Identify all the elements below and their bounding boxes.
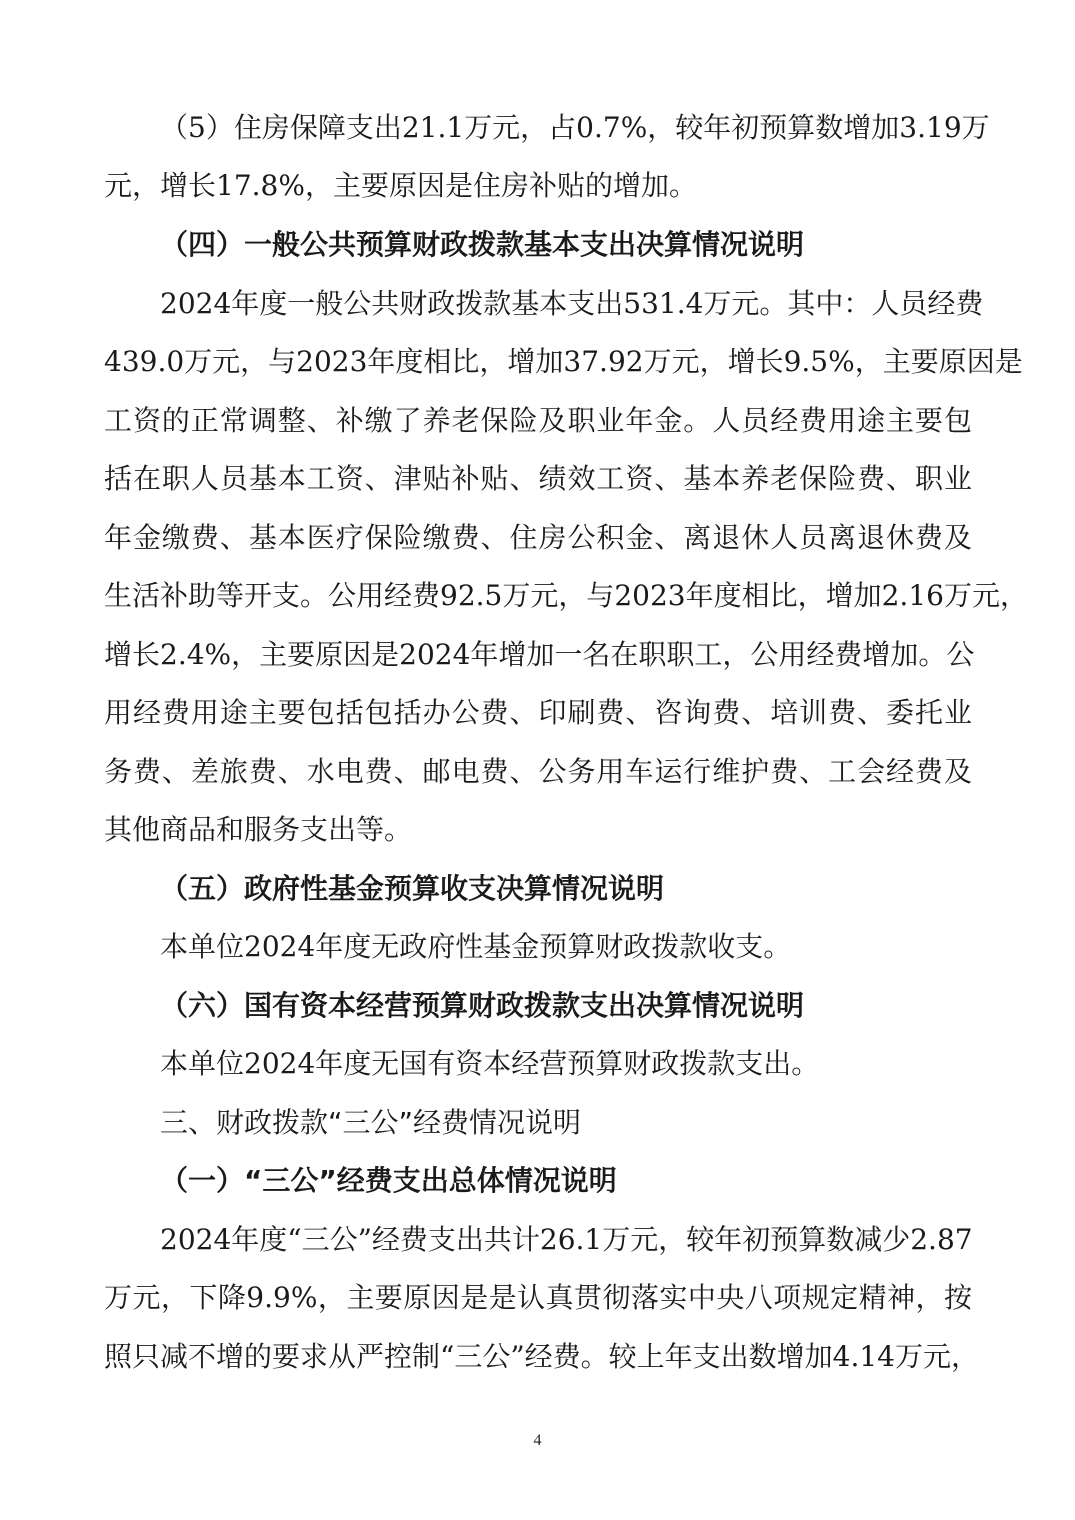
paragraph-basic-expenditure-line-6: 生活补助等开支。公用经费92.5万元，与2023年度相比，增加2.16万元， bbox=[104, 576, 972, 616]
paragraph-government-fund-budget: 本单位2024年度无政府性基金预算财政拨款收支。 bbox=[160, 927, 791, 967]
paragraph-three-public-line-1: 2024年度“三公”经费支出共计26.1万元，较年初预算数减少2.87 bbox=[160, 1220, 972, 1260]
paragraph-state-capital-budget: 本单位2024年度无国有资本经营预算财政拨款支出。 bbox=[160, 1044, 819, 1084]
paragraph-basic-expenditure-line-3: 工资的正常调整、补缴了养老保险及职业年金。人员经费用途主要包 bbox=[104, 401, 972, 441]
heading-state-capital-budget: （六）国有资本经营预算财政拨款支出决算情况说明 bbox=[160, 986, 804, 1026]
paragraph-three-public-line-3: 照只减不增的要求从严控制“三公”经费。较上年支出数增加4.14万元， bbox=[104, 1337, 972, 1377]
paragraph-housing-line-1: （5）住房保障支出21.1万元，占0.7%，较年初预算数增加3.19万 bbox=[160, 108, 972, 148]
heading-three-public-overall: （一）“三公”经费支出总体情况说明 bbox=[160, 1161, 617, 1201]
paragraph-basic-expenditure-line-4: 括在职人员基本工资、津贴补贴、绩效工资、基本养老保险费、职业 bbox=[104, 459, 972, 499]
paragraph-basic-expenditure-line-8: 用经费用途主要包括包括办公费、印刷费、咨询费、培训费、委托业 bbox=[104, 693, 972, 733]
paragraph-housing-line-2: 元，增长17.8%，主要原因是住房补贴的增加。 bbox=[104, 166, 697, 206]
paragraph-three-public-line-2: 万元，下降9.9%，主要原因是是认真贯彻落实中央八项规定精神，按 bbox=[104, 1278, 972, 1318]
paragraph-basic-expenditure-line-5: 年金缴费、基本医疗保险缴费、住房公积金、离退休人员离退休费及 bbox=[104, 518, 972, 558]
heading-government-fund-budget: （五）政府性基金预算收支决算情况说明 bbox=[160, 869, 664, 909]
heading-general-budget-basic-expenditure: （四）一般公共预算财政拨款基本支出决算情况说明 bbox=[160, 225, 804, 265]
page-number: 4 bbox=[0, 1432, 1075, 1450]
paragraph-basic-expenditure-line-2: 439.0万元，与2023年度相比，增加37.92万元，增长9.5%，主要原因是 bbox=[104, 342, 972, 382]
section-title-three-public-expenses: 三、财政拨款“三公”经费情况说明 bbox=[160, 1103, 581, 1143]
paragraph-basic-expenditure-line-9: 务费、差旅费、水电费、邮电费、公务用车运行维护费、工会经费及 bbox=[104, 752, 972, 792]
paragraph-basic-expenditure-line-10: 其他商品和服务支出等。 bbox=[104, 810, 412, 850]
paragraph-basic-expenditure-line-7: 增长2.4%，主要原因是2024年增加一名在职职工，公用经费增加。公 bbox=[104, 635, 972, 675]
paragraph-basic-expenditure-line-1: 2024年度一般公共财政拨款基本支出531.4万元。其中：人员经费 bbox=[160, 284, 972, 324]
